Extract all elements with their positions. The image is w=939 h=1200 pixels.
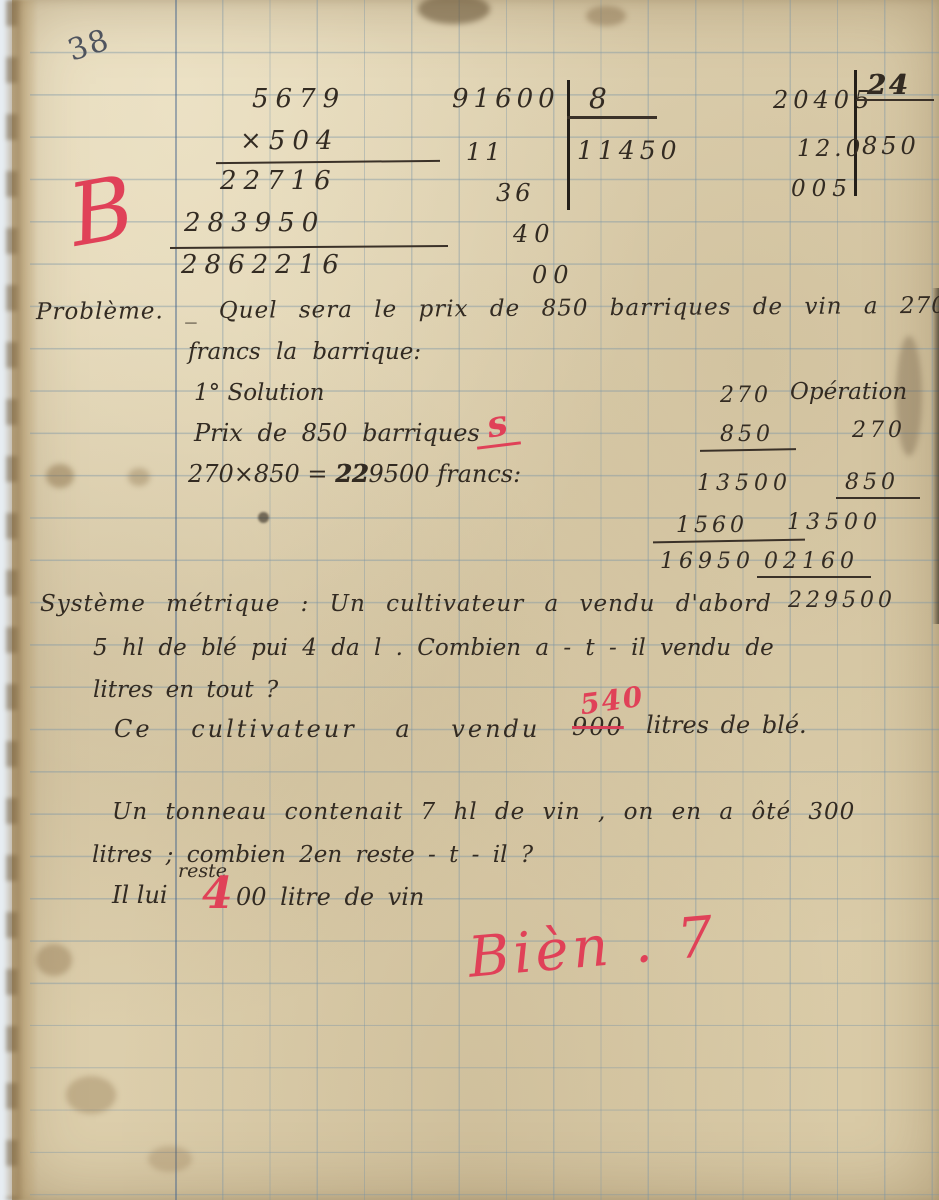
op-left-row: 1560 (676, 513, 748, 538)
stain (66, 1076, 116, 1114)
mult-partial2: 283950 (184, 208, 325, 238)
div1-remainder: 11 (466, 138, 505, 166)
calc-post: 9500 francs: (369, 460, 522, 488)
calc-bold-correction: 22 (335, 459, 368, 488)
op-left-row: 13500 (697, 471, 792, 496)
mult-factor1: 5679 (252, 84, 346, 114)
div1-divisor: 8 (589, 82, 607, 115)
tonneau-answer-rest: 00 litre de vin (236, 883, 424, 911)
answer-digits: 00 (236, 883, 267, 911)
op-left-row: 16950 (660, 549, 755, 574)
tonneau-line1: Un tonneau contenait 7 hl de vin , on en… (112, 799, 855, 825)
answer-calculation: 270×850 = 229500 francs: (188, 459, 521, 488)
div1-bracket-horizontal (567, 116, 657, 119)
div2-quotient: 850 (862, 132, 920, 160)
systeme-line3: litres en tout ? (93, 677, 278, 703)
red-wine-correction: 4 (202, 868, 233, 919)
calc-pre: 270×850 = (188, 460, 335, 488)
tonneau-answer-pre: Il lui (112, 881, 168, 909)
op-right-row: 850 (845, 470, 899, 495)
systeme-line1: Système métrique : Un cultivateur a vend… (40, 591, 772, 617)
stain (46, 464, 74, 488)
stain (586, 6, 626, 26)
stain (128, 468, 150, 486)
solution-label: 1° Solution (194, 380, 324, 406)
ink-blot (258, 512, 269, 523)
systeme-answer-post: litres de blé. (646, 711, 807, 739)
operation-top-value: 270 (720, 383, 771, 408)
probleme-line2: francs la barrique: (188, 339, 421, 365)
op-right-row: 270 (852, 418, 906, 443)
op-right-row: 02160 (764, 549, 859, 574)
div1-remainder: 00 (532, 261, 575, 289)
div2-bracket-vertical (854, 70, 857, 196)
op-left-row: 850 (720, 422, 774, 447)
div2-remainder: 12.0 (797, 136, 864, 162)
answer-label: Prix de 850 barriques (194, 419, 480, 447)
stain (36, 944, 72, 976)
page-edge-shadow (932, 288, 939, 624)
div1-bracket-vertical (567, 80, 570, 210)
div2-remainder: 005 (791, 176, 853, 202)
op-rule (836, 497, 920, 499)
div1-quotient: 11450 (577, 136, 682, 165)
mult-result: 2862216 (181, 250, 346, 280)
mult-factor2: ×504 (240, 126, 339, 156)
tonneau-line2: litres ; combien 2en reste - t - il ? (92, 842, 533, 868)
systeme-line2: 5 hl de blé pui 4 da l . Combien a - t -… (93, 635, 774, 661)
stain (148, 1146, 192, 1172)
div1-remainder: 40 (513, 220, 556, 248)
op-final-result: 229500 (788, 588, 896, 613)
div2-divisor: 24 (867, 70, 911, 101)
mult-partial1: 22716 (220, 166, 338, 196)
div1-dividend: 91600 (452, 84, 560, 114)
operation-label: Opération (790, 379, 907, 405)
systeme-answer-pre: Ce cultivateur a vendu (114, 715, 540, 743)
op-rule (757, 576, 871, 578)
answer-post: litre de vin (267, 883, 425, 911)
div1-remainder: 36 (496, 179, 535, 207)
op-right-row: 13500 (787, 510, 882, 535)
